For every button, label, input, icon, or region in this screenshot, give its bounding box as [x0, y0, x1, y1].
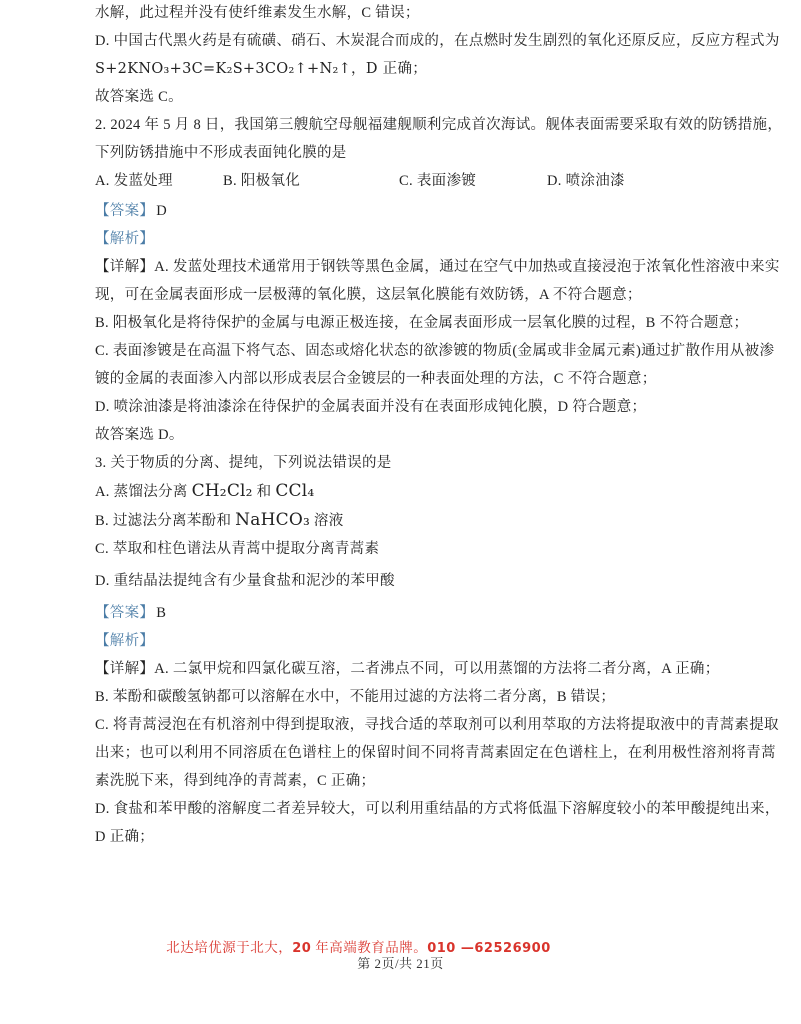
q2-option-c-label: C. [399, 173, 413, 189]
q2-option-d-text: 喷涂油漆 [566, 173, 625, 189]
q3-option-a-formula-1: CH₂Cl₂ [192, 481, 253, 501]
q3-option-a-label: A. [95, 484, 110, 500]
q2-stem-line-2: 下列防锈措施中不形成表面钝化膜的是 [95, 145, 755, 161]
q3-option-b-pre: 过滤法分离苯酚和 [113, 513, 235, 529]
q2-option-c: C. 表面渗镀 [399, 173, 547, 189]
q3-option-c-label: C. [95, 541, 109, 557]
q3-option-c: C. 萃取和柱色谱法从青蒿中提取分离青蒿素 [95, 541, 755, 557]
q3-option-c-text: 萃取和柱色谱法从青蒿中提取分离青蒿素 [113, 541, 379, 557]
q2-option-b: B. 阳极氧化 [223, 173, 399, 189]
q3-option-d-text: 重结晶法提纯含有少量食盐和泥沙的苯甲酸 [114, 573, 395, 589]
q3-option-a-mid: 和 [253, 484, 276, 500]
q3-option-a-formula-2: CCl₄ [275, 481, 314, 501]
q2-detail-line: C. 表面渗镀是在高温下将气态、固态或熔化状态的欲渗镀的物质(金属或非金属元素)… [95, 343, 755, 359]
q1-detail-line-c: 水解，此过程并没有使纤维素发生水解，C 错误； [95, 5, 755, 21]
q2-detail-line: 镀的金属的表面渗入内部以形成表层合金镀层的一种表面处理的方法，C 不符合题意； [95, 371, 755, 387]
q3-detail-line: D 正确； [95, 829, 755, 845]
document-page: 水解，此过程并没有使纤维素发生水解，C 错误； D. 中国古代黑火药是有硫磺、硝… [0, 0, 801, 1024]
q2-answer-label: 【答案】 [95, 203, 154, 219]
q1-detail-line-d: D. 中国古代黑火药是有硫磺、硝石、木炭混合而成的，在点燃时发生剧烈的氧化还原反… [95, 33, 755, 49]
q2-answer-value: D [154, 203, 167, 219]
q2-option-a-label: A. [95, 173, 110, 189]
q3-detail-line: 【详解】A. 二氯甲烷和四氯化碳互溶，二者沸点不同，可以用蒸馏的方法将二者分离，… [95, 661, 755, 677]
q2-conclusion: 故答案选 D。 [95, 427, 755, 443]
q1-chemical-equation: S+2KNO₃+3C=K₂S+3CO₂↑+N₂↑，D 正确； [95, 61, 755, 77]
q3-option-b-formula-1: NaHCO₃ [235, 510, 310, 530]
q3-detail-line: B. 苯酚和碳酸氢钠都可以溶解在水中，不能用过滤的方法将二者分离，B 错误； [95, 689, 755, 705]
q2-detail-line: D. 喷涂油漆是将油漆涂在待保护的金属表面并没有在表面形成钝化膜，D 符合题意； [95, 399, 755, 415]
page-number: 第 2页/共 21页 [0, 953, 801, 972]
q2-option-b-text: 阳极氧化 [241, 173, 300, 189]
q2-option-d-label: D. [547, 173, 562, 189]
q2-detail-line: B. 阳极氧化是将待保护的金属与电源正极连接，在金属表面形成一层氧化膜的过程，B… [95, 315, 755, 331]
q3-answer-value: B [154, 605, 166, 621]
q2-stem-line-1: 2. 2024 年 5 月 8 日，我国第三艘航空母舰福建舰顺利完成首次海试。舰… [95, 117, 755, 133]
q3-stem: 3. 关于物质的分离、提纯，下列说法错误的是 [95, 455, 755, 471]
q2-detail-line: 【详解】A. 发蓝处理技术通常用于钢铁等黑色金属，通过在空气中加热或直接浸泡于浓… [95, 259, 755, 275]
q2-option-c-text: 表面渗镀 [417, 173, 476, 189]
q3-detail-line: 素洗脱下来，得到纯净的青蒿素，C 正确； [95, 773, 755, 789]
q1-conclusion: 故答案选 C。 [95, 89, 755, 105]
q2-option-a: A. 发蓝处理 [95, 173, 223, 189]
q3-detail-line: 出来；也可以利用不同溶质在色谱柱上的保留时间不同将青蒿素固定在色谱柱上，在利用极… [95, 745, 755, 761]
q3-option-a: A. 蒸馏法分离 CH₂Cl₂ 和 CCl₄ [95, 483, 755, 500]
q2-options-row: A. 发蓝处理 B. 阳极氧化 C. 表面渗镀 D. 喷涂油漆 [95, 173, 755, 189]
q3-option-d: D. 重结晶法提纯含有少量食盐和泥沙的苯甲酸 [95, 573, 755, 589]
q2-answer-line: 【答案】D [95, 203, 755, 219]
q2-option-b-label: B. [223, 173, 237, 189]
q3-option-b-post: 溶液 [310, 513, 344, 529]
q2-analysis-label: 【解析】 [95, 231, 154, 247]
q3-detail-line: D. 食盐和苯甲酸的溶解度二者差异较大，可以利用重结晶的方式将低温下溶解度较小的… [95, 801, 755, 817]
q2-detail-line: 现，可在金属表面形成一层极薄的氧化膜，这层氧化膜能有效防锈，A 不符合题意； [95, 287, 755, 303]
exam-content: 水解，此过程并没有使纤维素发生水解，C 错误； D. 中国古代黑火药是有硫磺、硝… [95, 5, 755, 857]
q3-option-b: B. 过滤法分离苯酚和 NaHCO₃ 溶液 [95, 512, 755, 529]
q3-option-b-label: B. [95, 513, 109, 529]
q3-answer-line: 【答案】B [95, 605, 755, 621]
q3-option-d-label: D. [95, 573, 110, 589]
q3-analysis-label: 【解析】 [95, 633, 154, 649]
q2-option-a-text: 发蓝处理 [114, 173, 173, 189]
q3-detail-line: C. 将青蒿浸泡在有机溶剂中得到提取液，寻找合适的萃取剂可以利用萃取的方法将提取… [95, 717, 755, 733]
q2-analysis-line: 【解析】 [95, 231, 755, 247]
q2-option-d: D. 喷涂油漆 [547, 173, 755, 189]
q3-analysis-line: 【解析】 [95, 633, 755, 649]
q3-option-a-pre: 蒸馏法分离 [114, 484, 192, 500]
q3-answer-label: 【答案】 [95, 605, 154, 621]
